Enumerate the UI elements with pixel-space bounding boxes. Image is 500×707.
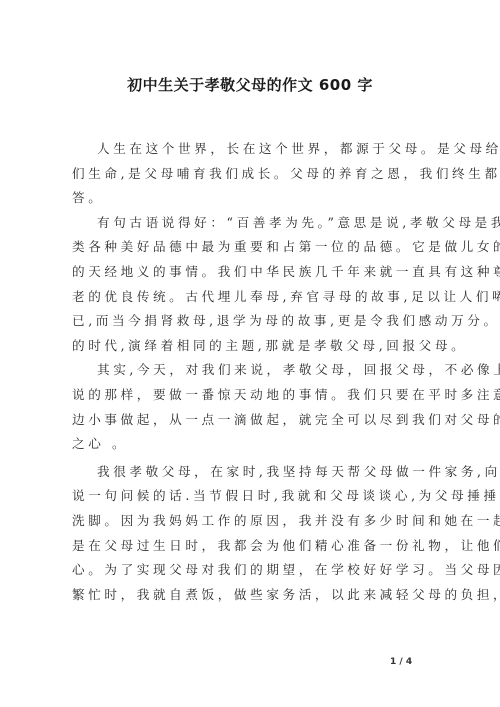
- text-line: 说的那样，要做一番惊天动地的事情。我们只要在平时多注意从身: [72, 383, 428, 408]
- text-line: 的时代,演绎着相同的主题,那就是孝敬父母,回报父母。: [72, 334, 428, 359]
- text-line: 是在父母过生日时，我都会为他们精心准备一份礼物，让他们开: [72, 534, 428, 559]
- text-line: 类各种美好品德中最为重要和占第一位的品德。它是做儿女的必做: [72, 235, 428, 260]
- paragraph-2: 有句古语说得好：“百善孝为先。”意思是说,孝敬父母是我们人 类各种美好品德中最为…: [72, 211, 428, 359]
- text-line: 们生命,是父母哺育我们成长。父母的养育之恩，我们终生都应该报: [72, 162, 428, 187]
- text-line: 心。为了实现父母对我们的期望，在学校好好学习。当父母因工作: [72, 558, 428, 583]
- document-body: 人生在这个世界，长在这个世界，都源于父母。是父母给了我 们生命,是父母哺育我们成…: [72, 137, 428, 607]
- paragraph-4: 我很孝敬父母，在家时,我坚持每天帮父母做一件家务,向父母 说一句问候的话.当节假…: [72, 460, 428, 608]
- paragraph-1: 人生在这个世界，长在这个世界，都源于父母。是父母给了我 们生命,是父母哺育我们成…: [72, 137, 428, 211]
- text-line: 洗脚。因为我妈妈工作的原因，我并没有多少时间和她在一起。但: [72, 509, 428, 534]
- text-line: 的天经地义的事情。我们中华民族几千年来就一直具有这种尊老敬: [72, 260, 428, 285]
- text-line: 繁忙时，我就自煮饭，做些家务活，以此来减轻父母的负担，父母: [72, 583, 428, 608]
- text-line: 有句古语说得好：“百善孝为先。”意思是说,孝敬父母是我们人: [72, 211, 428, 236]
- document-title: 初中生关于孝敬父母的作文 600 字: [0, 74, 500, 95]
- text-line: 说一句问候的话.当节假日时,我就和父母谈谈心,为父母捶捶背、洗: [72, 484, 428, 509]
- text-line: 已,而当今捐肾救母,退学为母的故事,更是令我们感动万分。不一样: [72, 309, 428, 334]
- text-line: 边小事做起，从一点一滴做起，就完全可以尽到我们对父母的孝敬: [72, 408, 428, 433]
- page-number: 1 / 4: [390, 657, 412, 667]
- text-line: 其实,今天，对我们来说，孝敬父母，回报父母，不必像上面所: [72, 358, 428, 383]
- text-line: 答。: [72, 186, 428, 211]
- text-line: 之心 。: [72, 432, 428, 457]
- text-line: 老的优良传统。古代埋儿奉母,弃官寻母的故事,足以让人们唏嘘不: [72, 285, 428, 310]
- paragraph-3: 其实,今天，对我们来说，孝敬父母，回报父母，不必像上面所 说的那样，要做一番惊天…: [72, 358, 428, 456]
- text-line: 人生在这个世界，长在这个世界，都源于父母。是父母给了我: [72, 137, 428, 162]
- text-line: 我很孝敬父母，在家时,我坚持每天帮父母做一件家务,向父母: [72, 460, 428, 485]
